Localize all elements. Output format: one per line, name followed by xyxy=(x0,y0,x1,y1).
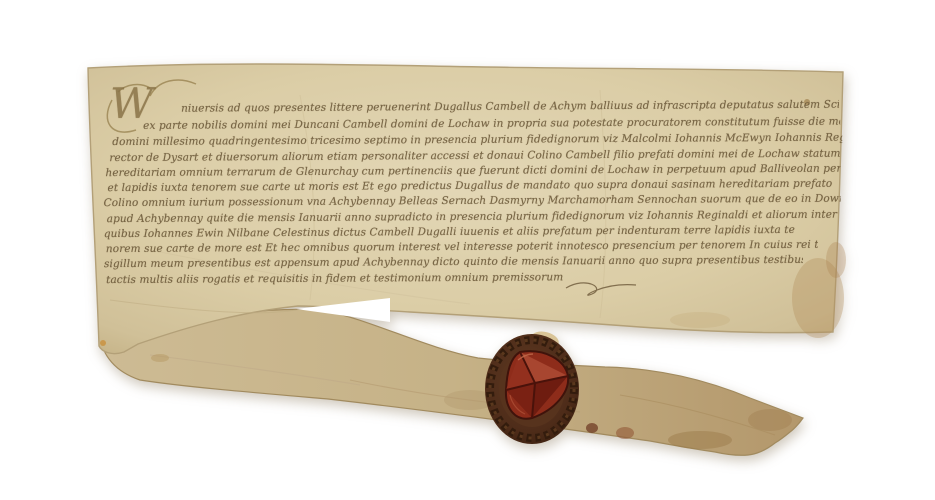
wax-seal xyxy=(485,329,579,444)
parchment-illustration xyxy=(0,0,935,500)
photo-of-parchment-charter: W niuersis ad quos presentes littere per… xyxy=(0,0,935,500)
